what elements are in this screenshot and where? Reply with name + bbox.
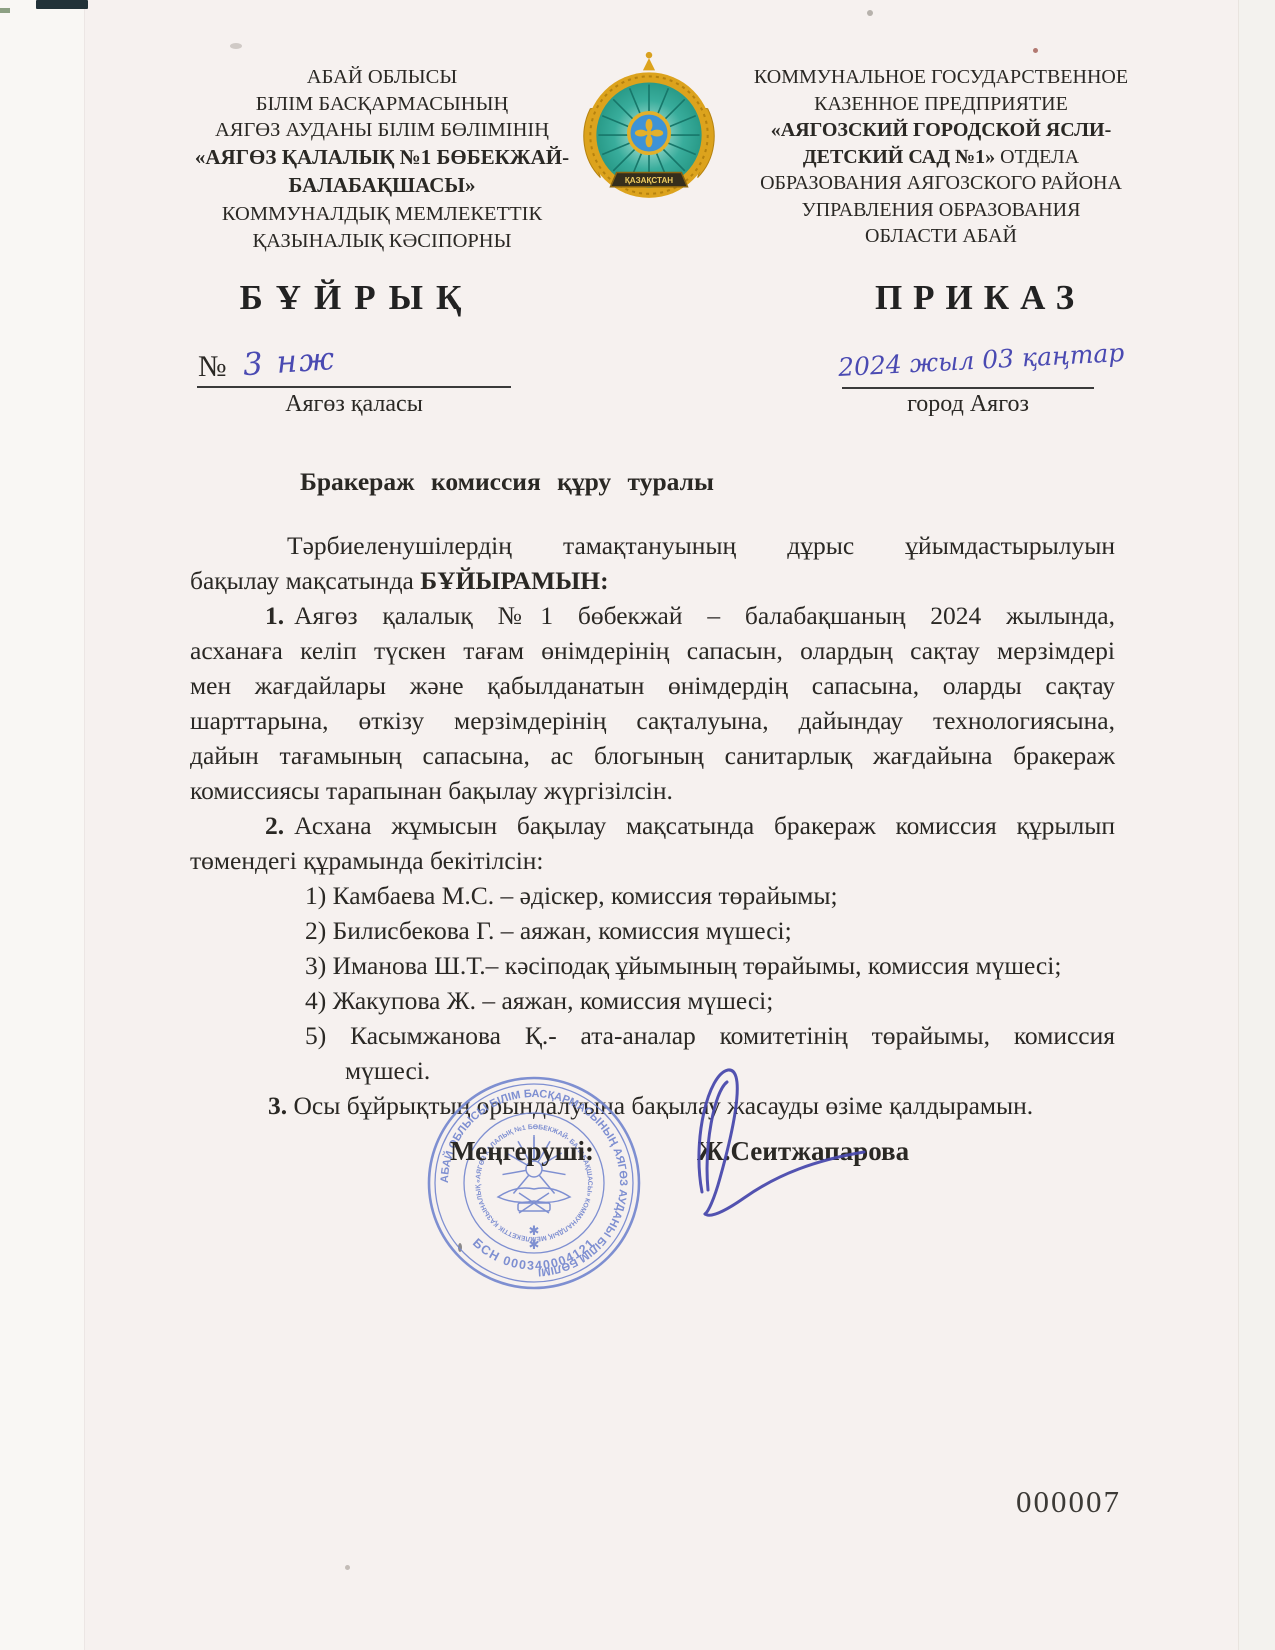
org-kk-line-2: БІЛІМ БАСҚАРМАСЫНЫҢ xyxy=(186,91,578,118)
scan-speck xyxy=(1033,48,1038,53)
point-1-line-1: 1.Аягөз қалалық №1 бөбекжай – балабақшан… xyxy=(265,598,1115,633)
page-number: 000007 xyxy=(1016,1484,1121,1520)
stamp-outer-ring xyxy=(429,1078,639,1288)
commission-member-4: 4) Жакупова Ж. – аяжан, комиссия мүшесі; xyxy=(305,983,1115,1018)
point-1-line-3: мен жағдайлары және қабылданатын өнімдер… xyxy=(190,668,1115,703)
commission-member-1: 1) Камбаева М.С. – әдіскер, комиссия төр… xyxy=(305,878,1115,913)
org-ru-line-4-bold: ДЕТСКИЙ САД №1» xyxy=(803,146,995,168)
order-title: Бракераж комиссия құру туралы xyxy=(300,464,1115,499)
emblem-banner-text: ҚАЗАҚСТАН xyxy=(625,176,673,185)
point-1-line-1-text: Аягөз қалалық №1 бөбекжай – балабақшаның… xyxy=(294,601,1115,630)
date-underline xyxy=(842,387,1094,389)
org-header-russian: КОММУНАЛЬНОЕ ГОСУДАРСТВЕННОЕ КАЗЕННОЕ ПР… xyxy=(752,64,1130,250)
emblem-star xyxy=(646,52,652,58)
document-page: АБАЙ ОБЛЫСЫ БІЛІМ БАСҚАРМАСЫНЫҢ АЯГӨЗ АУ… xyxy=(0,0,1275,1650)
handwritten-signature xyxy=(648,1062,878,1237)
org-ru-line-3: «АЯГОЗСКИЙ ГОРОДСКОЙ ЯСЛИ- xyxy=(752,117,1130,144)
intro-line-1: Тәрбиеленушілердің тамақтануының дұрыс ұ… xyxy=(287,528,1115,563)
order-number-symbol: № xyxy=(198,350,227,384)
org-ru-line-2: КАЗЕННОЕ ПРЕДПРИЯТИЕ xyxy=(752,91,1130,118)
org-kk-line-6: КОММУНАЛДЫҚ МЕМЛЕКЕТТІК xyxy=(186,201,578,228)
org-ru-line-6: УПРАВЛЕНИЯ ОБРАЗОВАНИЯ xyxy=(752,197,1130,224)
signature-role-label: Меңгеруші: xyxy=(450,1136,594,1167)
point-2-number: 2. xyxy=(265,811,294,840)
org-kk-line-3: АЯГӨЗ АУДАНЫ БІЛІМ БӨЛІМІНІҢ xyxy=(186,117,578,144)
scan-edge-right xyxy=(1238,0,1275,1650)
point-2-line-1: 2.Асхана жұмысын бақылау мақсатында брак… xyxy=(265,808,1115,843)
scan-artifact-left-green xyxy=(0,8,10,13)
point-1-line-2: асханаға келіп түскен тағам өнімдерінің … xyxy=(190,633,1115,668)
commission-member-3: 3) Иманова Ш.Т.– кәсіподақ ұйымының төра… xyxy=(305,948,1115,983)
intro-line-2: бақылау мақсатында БҰЙЫРАМЫН: xyxy=(190,563,1115,598)
signature-tail xyxy=(705,1152,864,1215)
official-round-stamp: АБАЙ ОБЛЫСЫ БІЛІМ БАСҚАРМАСЫНЫҢ АЯГӨЗ АУ… xyxy=(424,1073,644,1293)
point-1-line-6: комиссиясы тарапынан бақылау жүргізілсін… xyxy=(190,773,1115,808)
scan-speck xyxy=(230,43,242,49)
signature-loop-inner xyxy=(707,1082,727,1190)
point-1-line-4: шарттарына, өткізу мерзімдерінің сақталу… xyxy=(190,703,1115,738)
order-number-handwritten: 3 нж xyxy=(242,341,338,383)
scan-speck xyxy=(345,1565,350,1570)
point-2-line-1-text: Асхана жұмысын бақылау мақсатында бракер… xyxy=(294,811,1115,840)
commission-member-2: 2) Билисбекова Г. – аяжан, комиссия мүше… xyxy=(305,913,1115,948)
order-heading-russian: ПРИКАЗ xyxy=(845,278,1115,318)
signature-loop xyxy=(699,1070,737,1214)
scan-artifact-top-left xyxy=(36,0,88,9)
order-date-handwritten: 2024 жыл 03 қаңтар xyxy=(837,339,1108,382)
org-ru-line-1: КОММУНАЛЬНОЕ ГОСУДАРСТВЕННОЕ xyxy=(752,64,1130,91)
org-kk-line-7: ҚАЗЫНАЛЫҚ КӘСІПОРНЫ xyxy=(186,228,578,255)
org-ru-line-5: ОБРАЗОВАНИЯ АЯГОЗСКОГО РАЙОНА xyxy=(752,170,1130,197)
point-2-line-2: төмендегі құрамында бекітілсін: xyxy=(190,843,1115,878)
stamp-outer-ring-2 xyxy=(435,1084,633,1282)
org-ru-line-4: ДЕТСКИЙ САД №1» ОТДЕЛА xyxy=(752,144,1130,171)
org-header-kazakh: АБАЙ ОБЛЫСЫ БІЛІМ БАСҚАРМАСЫНЫҢ АЯГӨЗ АУ… xyxy=(186,64,578,254)
org-ru-line-7: ОБЛАСТИ АБАЙ xyxy=(752,223,1130,250)
org-kk-line-4: «АЯГӨЗ ҚАЛАЛЫҚ №1 БӨБЕКЖАЙ- xyxy=(186,144,578,171)
stamp-asterisk-2: ✱ xyxy=(529,1237,540,1252)
commission-member-5: 5) Касымжанова Қ.- ата-аналар комитетіні… xyxy=(305,1018,1115,1053)
emblem-crown xyxy=(643,58,655,70)
place-kazakh: Аягөз қаласы xyxy=(197,391,511,418)
order-body: Бракераж комиссия құру туралы Тәрбиелену… xyxy=(190,464,1115,1123)
point-1-number: 1. xyxy=(265,601,294,630)
kazakhstan-coat-of-arms-icon: ҚАЗАҚСТАН xyxy=(574,44,724,210)
intro-line-2-resolve: БҰЙЫРАМЫН: xyxy=(420,566,608,595)
point-3-number: 3. xyxy=(268,1091,287,1120)
org-ru-line-4-normal: ОТДЕЛА xyxy=(995,146,1079,168)
scan-edge-left-line xyxy=(84,0,85,1650)
intro-line-2-text: бақылау мақсатында xyxy=(190,566,420,595)
org-kk-line-1: АБАЙ ОБЛЫСЫ xyxy=(186,64,578,91)
point-1-line-5: дайын тағамының сапасына, ас блогының са… xyxy=(190,738,1115,773)
place-russian: город Аягоз xyxy=(842,391,1094,418)
org-kk-line-5: БАЛАБАҚШАСЫ» xyxy=(186,170,578,201)
order-heading-kazakh: БҰЙРЫҚ xyxy=(192,278,522,318)
scan-speck xyxy=(867,10,873,16)
number-underline xyxy=(197,386,511,388)
stamp-asterisk-1: ✱ xyxy=(529,1223,540,1238)
scan-edge-left xyxy=(0,0,84,1650)
